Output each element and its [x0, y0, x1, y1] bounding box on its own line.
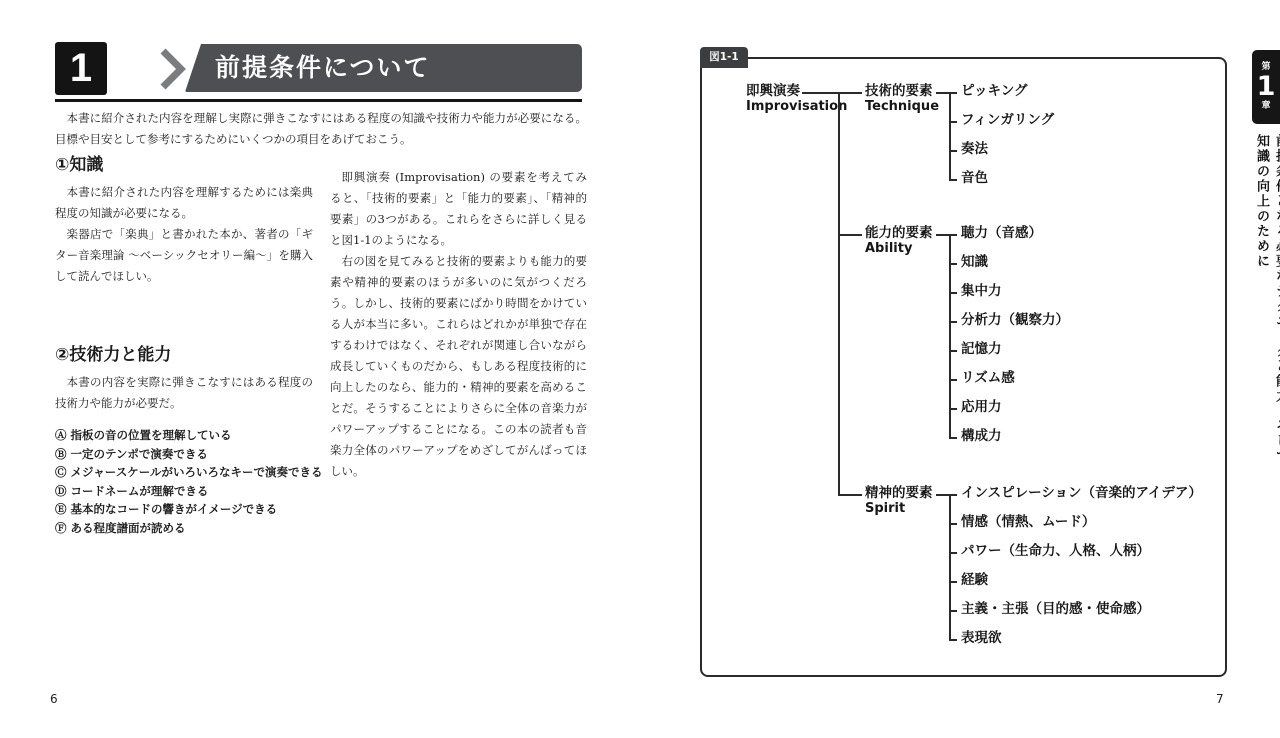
leaf-item: 表現欲: [961, 630, 1002, 646]
leaf-stub: [949, 494, 957, 496]
section1-paragraph2: 楽器店で「楽典」と書かれた本か、著者の「ギター音楽理論 〜ベーシックセオリー編〜…: [55, 224, 313, 287]
leaf-item: 集中力: [961, 283, 1002, 299]
header-rule: [55, 99, 582, 102]
section2-heading: ②技術力と能力: [55, 340, 313, 365]
leaf-item-jp: リズム感: [961, 370, 1015, 386]
column2-paragraph1: 即興演奏 (Improvisation) の要素を考えてみると、「技術的要素」と…: [330, 167, 587, 251]
branch-technique-en: Technique: [865, 99, 939, 115]
chapter-side-title: 前提条件となる必要なテクニックと能力、そして知識の向上のために: [1252, 134, 1280, 464]
chapter-number-box: 1: [55, 42, 107, 95]
checklist-item: Ⓑ 一定のテンポで演奏できる: [55, 445, 345, 464]
leaf-stub: [949, 552, 957, 554]
section-skill: ②技術力と能力 本書の内容を実際に弾きこなすにはある程度の技術力や能力が必要だ。: [55, 340, 313, 414]
tree-root: 即興演奏Improvisation: [746, 83, 847, 115]
leaf-stub: [949, 350, 957, 352]
checklist-item: Ⓐ 指板の音の位置を理解している: [55, 426, 345, 445]
leaf-stub: [949, 581, 957, 583]
root-connector: [802, 92, 838, 94]
leaf-item-jp: 情感（情熱、ムード）: [961, 514, 1095, 530]
intro-text: 本書に紹介された内容を理解し実際に弾きこなすにはある程度の知識や技術力や能力が必…: [55, 108, 587, 150]
leaf-stub: [949, 408, 957, 410]
chapter-side-tab: 第 1 章: [1252, 50, 1280, 124]
leaf-item-jp: 記憶力: [961, 341, 1002, 357]
leaf-stub: [949, 610, 957, 612]
chapter-title-banner: 前提条件について: [185, 44, 582, 92]
branch-vline: [949, 494, 951, 641]
checklist-item: Ⓔ 基本的なコードの響きがイメージできる: [55, 500, 345, 519]
leaf-item-jp: インスピレーション（音楽的アイデア）: [961, 485, 1202, 501]
leaf-item-jp: 主義・主張（目的感・使命感）: [961, 601, 1150, 617]
leaf-item: インスピレーション（音楽的アイデア）: [961, 485, 1202, 501]
leaf-stub: [949, 639, 957, 641]
branch-ability: 能力的要素Ability: [865, 225, 933, 257]
leaf-item: パワー（生命力、人格、人柄）: [961, 543, 1150, 559]
branch-ability-en: Ability: [865, 241, 933, 257]
leaf-stub: [949, 321, 957, 323]
leaf-item-jp: 奏法: [961, 141, 988, 157]
leaf-stub: [949, 379, 957, 381]
tree-root-en: Improvisation: [746, 99, 847, 115]
checklist-item: Ⓒ メジャースケールがいろいろなキーで演奏できる: [55, 463, 345, 482]
leaf-item-jp: 構成力: [961, 428, 1002, 444]
branch-stub: [838, 234, 862, 236]
checklist-item: Ⓓ コードネームが理解できる: [55, 482, 345, 501]
leaf-stub: [949, 437, 957, 439]
branch-spirit-en: Spirit: [865, 501, 933, 517]
leaf-item-jp: パワー（生命力、人格、人柄）: [961, 543, 1150, 559]
improvisation-tree-diagram: 即興演奏Improvisation技術的要素Techniqueピッキングフィンガ…: [700, 57, 1227, 677]
leaf-item: 聴力（音感）: [961, 225, 1042, 241]
leaf-stub: [949, 234, 957, 236]
intro-paragraph: 本書に紹介された内容を理解し実際に弾きこなすにはある程度の知識や技術力や能力が必…: [55, 108, 587, 150]
page-number-right: 7: [1216, 692, 1224, 706]
leaf-stub: [949, 92, 957, 94]
leaf-item: 構成力: [961, 428, 1002, 444]
section-knowledge: ①知識 本書に紹介された内容を理解するためには楽典程度の知識が必要になる。 楽器…: [55, 150, 313, 287]
leaf-item: ピッキング: [961, 83, 1028, 99]
leaf-item-jp: 集中力: [961, 283, 1002, 299]
branch-spirit-jp: 精神的要素: [865, 485, 933, 501]
branch-spirit: 精神的要素Spirit: [865, 485, 933, 517]
leaf-item: 主義・主張（目的感・使命感）: [961, 601, 1150, 617]
leaf-item-jp: 応用力: [961, 399, 1002, 415]
branch-vline: [949, 92, 951, 181]
leaf-stub: [949, 523, 957, 525]
leaf-stub: [949, 179, 957, 181]
leaf-item: 応用力: [961, 399, 1002, 415]
section2-paragraph1: 本書の内容を実際に弾きこなすにはある程度の技術力や能力が必要だ。: [55, 372, 313, 414]
leaf-item: 音色: [961, 170, 988, 186]
branch-stub: [838, 494, 862, 496]
column2-paragraph2: 右の図を見てみると技術的要素よりも能力的要素や精神的要素のほうが多いのに気がつく…: [330, 251, 587, 482]
branch-technique-jp: 技術的要素: [865, 83, 939, 99]
leaf-item: リズム感: [961, 370, 1015, 386]
page-number-left: 6: [50, 692, 58, 706]
leaf-item-jp: 音色: [961, 170, 988, 186]
leaf-item: 記憶力: [961, 341, 1002, 357]
leaf-item: 経験: [961, 572, 988, 588]
branch-stub: [838, 92, 862, 94]
improvisation-paragraphs: 即興演奏 (Improvisation) の要素を考えてみると、「技術的要素」と…: [330, 167, 587, 482]
leaf-item-jp: 経験: [961, 572, 988, 588]
leaf-stub: [949, 263, 957, 265]
chapter-suffix: 章: [1261, 101, 1270, 112]
skill-checklist: Ⓐ 指板の音の位置を理解しているⒷ 一定のテンポで演奏できるⒸ メジャースケール…: [55, 426, 345, 537]
leaf-item: 奏法: [961, 141, 988, 157]
leaf-item-jp: 表現欲: [961, 630, 1002, 646]
checklist-item: Ⓕ ある程度譜面が読める: [55, 519, 345, 538]
section1-heading: ①知識: [55, 150, 313, 175]
leaf-item-jp: 知識: [961, 254, 988, 270]
leaf-stub: [949, 150, 957, 152]
chapter-header: 1 前提条件について: [55, 42, 582, 102]
chapter-side-number: 1: [1257, 73, 1276, 101]
section1-paragraph1: 本書に紹介された内容を理解するためには楽典程度の知識が必要になる。: [55, 182, 313, 224]
leaf-stub: [949, 292, 957, 294]
leaf-item: 知識: [961, 254, 988, 270]
tree-root-jp: 即興演奏: [746, 83, 847, 99]
leaf-item-jp: 聴力（音感）: [961, 225, 1042, 241]
chevron-icon: [157, 44, 187, 94]
leaf-item-jp: 分析力（観察力）: [961, 312, 1069, 328]
trunk-line: [838, 92, 840, 496]
leaf-item: 情感（情熱、ムード）: [961, 514, 1095, 530]
leaf-item-jp: フィンガリング: [961, 112, 1054, 128]
branch-technique: 技術的要素Technique: [865, 83, 939, 115]
leaf-item: フィンガリング: [961, 112, 1054, 128]
leaf-item-jp: ピッキング: [961, 83, 1028, 99]
branch-ability-jp: 能力的要素: [865, 225, 933, 241]
leaf-item: 分析力（観察力）: [961, 312, 1069, 328]
leaf-stub: [949, 121, 957, 123]
